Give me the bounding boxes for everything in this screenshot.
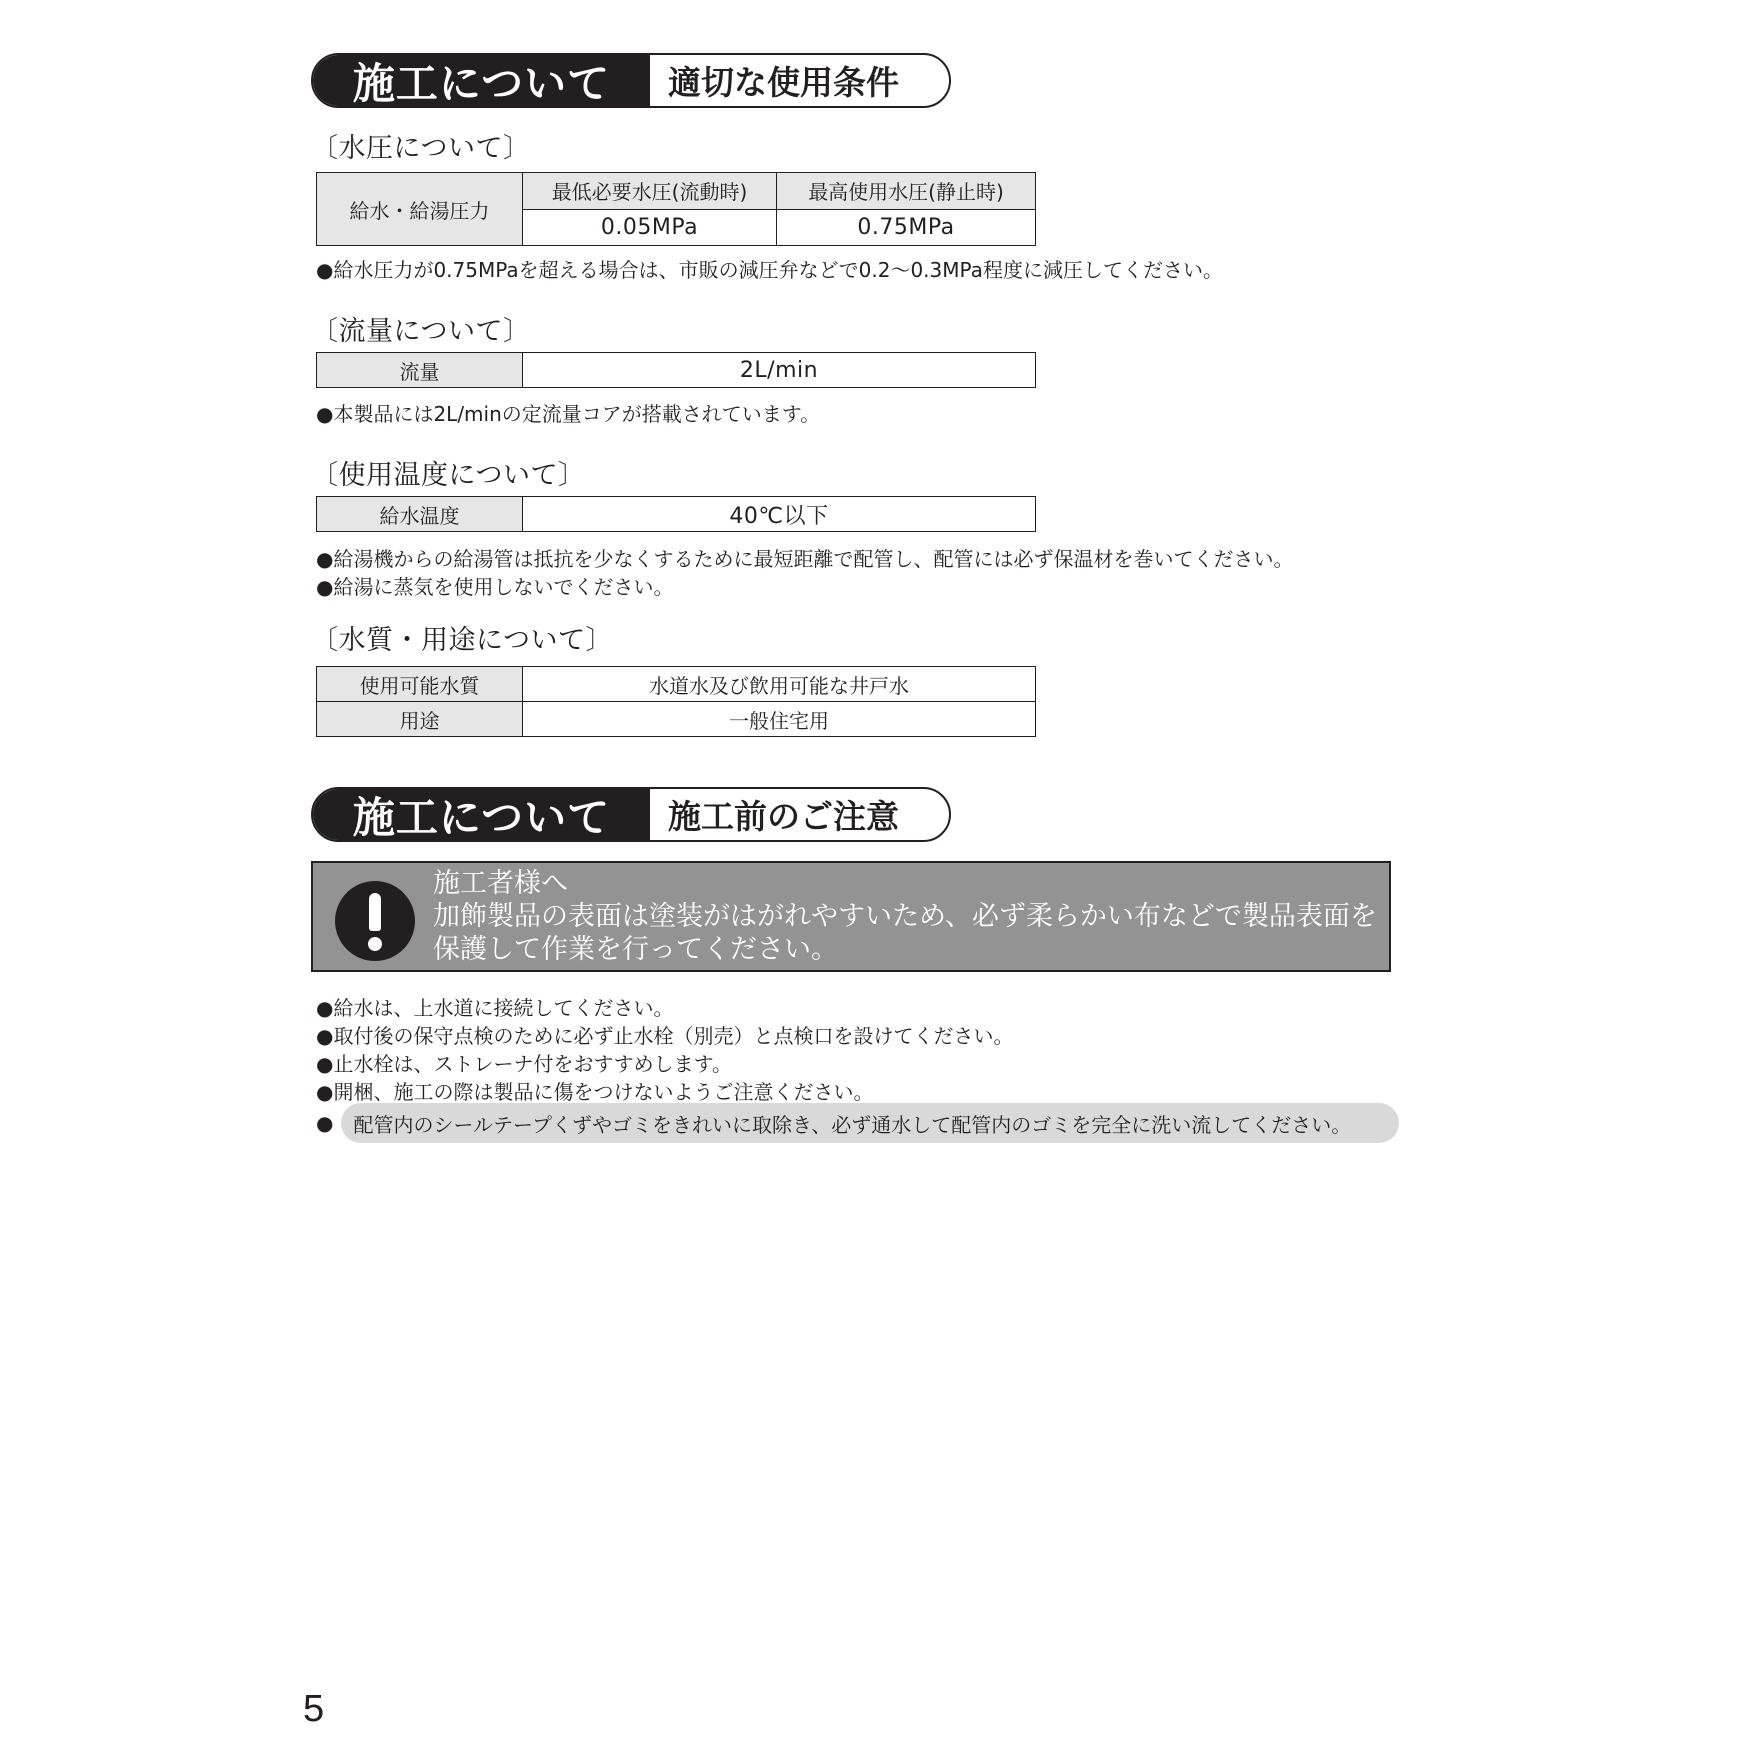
- flow-rate-value: 2L/min: [523, 353, 1036, 388]
- section-header-sub: 施工前のご注意: [650, 789, 949, 840]
- bullet-icon: ●: [316, 1111, 333, 1135]
- max-pressure-value: 0.75MPa: [777, 209, 1036, 246]
- warning-line-2: 保護して作業を行ってください。: [433, 933, 1377, 966]
- precaution-item: ●止水栓は、ストレーナ付をおすすめします。: [316, 1048, 732, 1077]
- subheading-water-quality: 〔水質・用途について〕: [311, 618, 613, 657]
- precaution-item: ●給水は、上水道に接続してください。: [316, 992, 673, 1021]
- warning-text: 施工者様へ 加飾製品の表面は塗装がはがれやすいため、必ず柔らかい布などで製品表面…: [433, 867, 1377, 966]
- temperature-label: 給水温度: [317, 497, 523, 532]
- section-header-pre-install-cautions: 施工について 施工前のご注意: [311, 787, 951, 842]
- water-pressure-note: ●給水圧力が0.75MPaを超える場合は、市販の減圧弁などで0.2〜0.3MPa…: [316, 254, 1223, 283]
- temperature-value: 40℃以下: [523, 497, 1036, 532]
- highlighted-precaution: ● 配管内のシールテープくずやゴミをきれいに取除き、必ず通水して配管内のゴミを完…: [316, 1103, 1399, 1143]
- page-number: 5: [303, 1688, 324, 1731]
- exclamation-circle-icon: [335, 881, 415, 961]
- usage-label: 用途: [317, 702, 523, 737]
- temperature-note-2: ●給湯に蒸気を使用しないでください。: [316, 571, 673, 600]
- table-row-label: 給水・給湯圧力: [317, 173, 523, 246]
- water-quality-value: 水道水及び飲用可能な井戸水: [523, 667, 1036, 702]
- precaution-item: ●取付後の保守点検のために必ず止水栓（別売）と点検口を設けてください。: [316, 1020, 1013, 1049]
- flow-rate-table: 流量 2L/min: [316, 352, 1036, 388]
- warning-line-1: 加飾製品の表面は塗装がはがれやすいため、必ず柔らかい布などで製品表面を: [433, 900, 1377, 933]
- installer-warning-box: 施工者様へ 加飾製品の表面は塗装がはがれやすいため、必ず柔らかい布などで製品表面…: [311, 861, 1391, 972]
- flow-rate-note: ●本製品には2L/minの定流量コアが搭載されています。: [316, 398, 820, 427]
- warning-title: 施工者様へ: [433, 867, 1377, 900]
- temperature-note-1: ●給湯機からの給湯管は抵抗を少なくするために最短距離で配管し、配管には必ず保温材…: [316, 543, 1293, 572]
- water-quality-label: 使用可能水質: [317, 667, 523, 702]
- temperature-table: 給水温度 40℃以下: [316, 496, 1036, 532]
- column-header-max-pressure: 最高使用水圧(静止時): [777, 173, 1036, 210]
- table-row: 用途 一般住宅用: [317, 702, 1036, 737]
- usage-value: 一般住宅用: [523, 702, 1036, 737]
- column-header-min-pressure: 最低必要水圧(流動時): [523, 173, 777, 210]
- flow-rate-label: 流量: [317, 353, 523, 388]
- section-header-main: 施工について: [313, 55, 650, 106]
- subheading-temperature: 〔使用温度について〕: [311, 453, 585, 492]
- highlighted-precaution-text: 配管内のシールテープくずやゴミをきれいに取除き、必ず通水して配管内のゴミを完全に…: [341, 1103, 1399, 1143]
- section-header-usage-conditions: 施工について 適切な使用条件: [311, 53, 951, 108]
- subheading-flow-rate: 〔流量について〕: [311, 309, 530, 348]
- subheading-water-pressure: 〔水圧について〕: [311, 126, 530, 165]
- min-pressure-value: 0.05MPa: [523, 209, 777, 246]
- section-header-sub: 適切な使用条件: [650, 55, 949, 106]
- precaution-item: ●開梱、施工の際は製品に傷をつけないようご注意ください。: [316, 1076, 873, 1105]
- water-pressure-table: 給水・給湯圧力 最低必要水圧(流動時) 最高使用水圧(静止時) 0.05MPa …: [316, 172, 1036, 246]
- section-header-main: 施工について: [313, 789, 650, 840]
- water-quality-table: 使用可能水質 水道水及び飲用可能な井戸水 用途 一般住宅用: [316, 666, 1036, 737]
- table-row: 使用可能水質 水道水及び飲用可能な井戸水: [317, 667, 1036, 702]
